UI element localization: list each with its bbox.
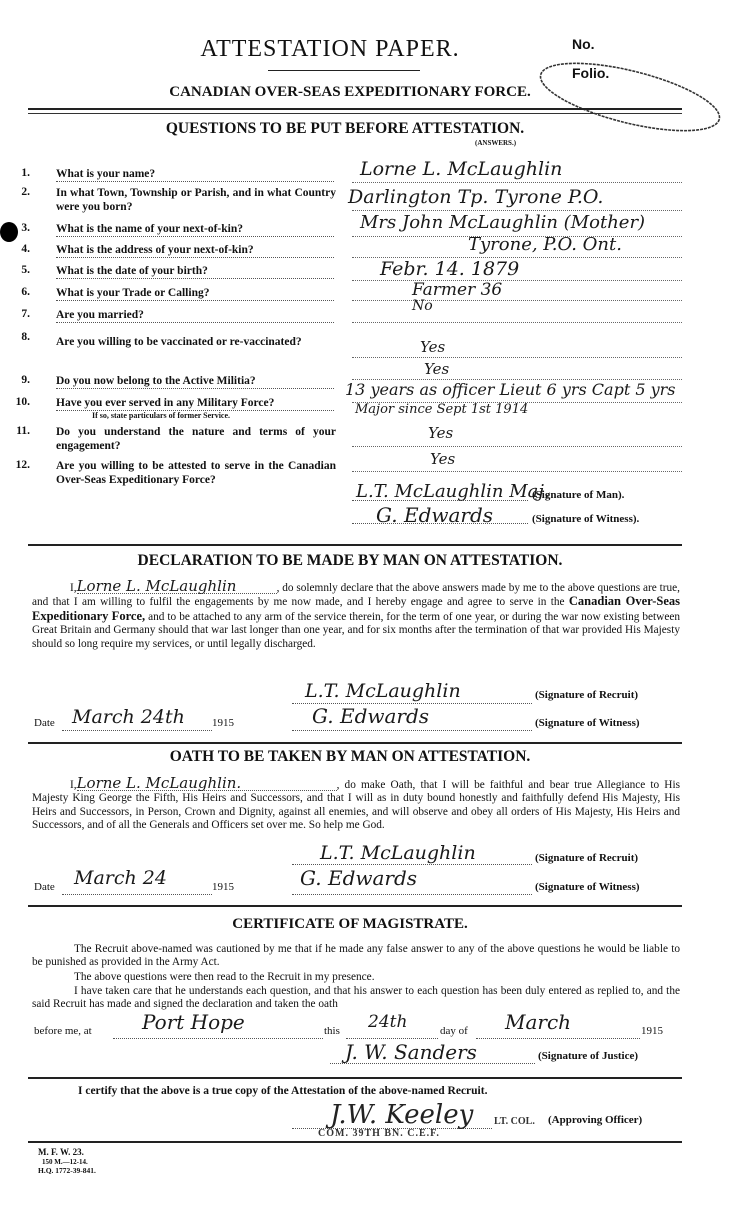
oath-signature-recruit: L.T. McLaughlin [320, 842, 476, 864]
question-9-number: 9. [6, 374, 30, 386]
signature-of-justice: J. W. Sanders [345, 1040, 477, 1064]
oath-signature-witness-label: (Signature of Witness) [535, 881, 640, 893]
magistrate-before-label: before me, at [34, 1025, 92, 1037]
answer-line-12 [352, 471, 682, 472]
print-run: 150 M.—12-14. [42, 1158, 88, 1166]
question-4-number: 4. [6, 243, 30, 255]
header-divider-2 [28, 113, 682, 114]
oath-title: OATH TO BE TAKEN BY MAN ON ATTESTATION. [100, 748, 600, 766]
magistrate-para-1: The Recruit above-named was cautioned by… [32, 943, 680, 970]
declaration-prefix: I, [70, 582, 77, 594]
question-5-text: What is the date of your birth? [56, 264, 334, 279]
question-8-number: 8. [6, 331, 30, 343]
magistrate-place: Port Hope [142, 1010, 245, 1034]
answer-line-2 [352, 210, 682, 211]
answer-9-militia: Yes [424, 360, 449, 378]
magistrate-place-line [113, 1038, 323, 1039]
question-2-number: 2. [6, 186, 30, 198]
question-10-note: If so, state particulars of former Servi… [92, 411, 230, 420]
oath-name: Lorne L. McLaughlin. [77, 777, 337, 791]
officer-rank: LT. COL. [494, 1116, 535, 1127]
no-label: No. [572, 36, 595, 52]
declaration-signature-witness: G. Edwards [312, 704, 429, 728]
approving-officer-label: (Approving Officer) [548, 1114, 642, 1126]
declaration-text: I,Lorne L. McLaughlin, do solemnly decla… [32, 580, 680, 651]
question-1-number: 1. [6, 167, 30, 179]
question-4-text: What is the address of your next-of-kin? [56, 243, 334, 258]
oath-prefix: I, [70, 779, 77, 791]
signature-of-man-label: (Signature of Man). [532, 489, 624, 501]
answer-11-understand: Yes [428, 424, 453, 442]
question-11-number: 11. [6, 425, 30, 437]
question-11-text: Do you understand the nature and terms o… [56, 425, 336, 453]
answer-line-1 [352, 182, 682, 183]
approving-officer-signature: J.W. Keeley [330, 1100, 473, 1130]
question-3-text: What is the name of your next-of-kin? [56, 222, 334, 237]
answer-3-next-of-kin: Mrs John McLaughlin (Mother) [360, 212, 645, 233]
magistrate-para-3: I have taken care that he understands ea… [32, 985, 680, 1012]
question-9-text: Do you now belong to the Active Militia? [56, 374, 334, 389]
answer-1-name: Lorne L. McLaughlin [360, 158, 562, 180]
magistrate-divider [28, 1077, 682, 1079]
signature-of-witness: G. Edwards [376, 503, 493, 527]
answer-line-6 [352, 300, 682, 301]
question-5-number: 5. [6, 264, 30, 276]
oath-signature-witness: G. Edwards [300, 866, 417, 890]
declaration-divider [28, 742, 682, 744]
question-7-number: 7. [6, 308, 30, 320]
signature-of-witness-label: (Signature of Witness). [532, 513, 639, 525]
question-12-text: Are you willing to be attested to serve … [56, 459, 336, 487]
declaration-signature-witness-label: (Signature of Witness) [535, 717, 640, 729]
answer-10-service-cont: Major since Sept 1st 1914 [355, 402, 528, 417]
declaration-title: DECLARATION TO BE MADE BY MAN ON ATTESTA… [80, 552, 620, 570]
answer-12-attested: Yes [430, 450, 455, 468]
signature-of-justice-label: (Signature of Justice) [538, 1050, 638, 1062]
magistrate-month-line [476, 1038, 640, 1039]
form-code: M. F. W. 23. [38, 1147, 84, 1157]
oath-date-label: Date [34, 881, 55, 893]
questions-section-title: QUESTIONS TO BE PUT BEFORE ATTESTATION. [120, 120, 570, 138]
officer-stamp: COM. 39TH BN. C.E.F. [318, 1128, 440, 1139]
answer-6-trade: Farmer 36 [412, 280, 502, 300]
oath-recruit-sig-line [292, 864, 532, 865]
magistrate-title: CERTIFICATE OF MAGISTRATE. [150, 916, 550, 933]
magistrate-year: 1915 [641, 1025, 663, 1037]
certify-divider [28, 1141, 682, 1143]
oath-date: March 24 [74, 867, 167, 889]
answers-label: (ANSWERS.) [475, 139, 516, 147]
document-title: ATTESTATION PAPER. [150, 36, 510, 63]
header-divider [28, 108, 682, 110]
hq-reference: H.Q. 1772-39-841. [38, 1166, 96, 1175]
question-6-text: What is your Trade or Calling? [56, 286, 334, 301]
answer-2-birthplace: Darlington Tp. Tyrone P.O. [348, 186, 603, 208]
question-10-number: 10. [6, 396, 30, 408]
declaration-witness-sig-line [292, 730, 532, 731]
declaration-date-label: Date [34, 717, 55, 729]
answer-10-service: 13 years as officer Lieut 6 yrs Capt 5 y… [345, 380, 676, 399]
question-1-text: What is your name? [56, 167, 334, 182]
certify-text: I certify that the above is a true copy … [78, 1085, 487, 1097]
question-3-number: 3. [6, 222, 30, 234]
oath-divider [28, 905, 682, 907]
question-8-text: Are you willing to be vaccinated or re-v… [56, 331, 336, 353]
question-10-text: Have you ever served in any Military For… [56, 396, 334, 411]
magistrate-this-label: this [324, 1025, 340, 1037]
question-6-number: 6. [6, 286, 30, 298]
oath-signature-recruit-label: (Signature of Recruit) [535, 852, 638, 864]
question-2-text: In what Town, Township or Parish, and in… [56, 186, 336, 214]
answer-line-11 [352, 446, 682, 447]
questions-divider [28, 544, 682, 546]
question-12-number: 12. [6, 459, 30, 471]
magistrate-day: 24th [368, 1012, 407, 1032]
declaration-signature-recruit: L.T. McLaughlin [305, 680, 461, 702]
declaration-signature-recruit-label: (Signature of Recruit) [535, 689, 638, 701]
answer-4-next-of-kin-address: Tyrone, P.O. Ont. [468, 234, 622, 255]
oath-witness-sig-line [292, 894, 532, 895]
declaration-name: Lorne L. McLaughlin [77, 580, 277, 594]
answer-8-vaccinated: Yes [420, 338, 445, 356]
oath-year: 1915 [212, 881, 234, 893]
magistrate-month: March [505, 1010, 571, 1034]
answer-line-5 [352, 280, 682, 281]
document-subtitle: CANADIAN OVER-SEAS EXPEDITIONARY FORCE. [120, 84, 580, 101]
answer-line-8 [352, 357, 682, 358]
answer-line-7 [352, 322, 682, 323]
signature-of-man: L.T. McLaughlin Maj. [356, 481, 550, 502]
magistrate-para-2: The above questions were then read to th… [32, 971, 680, 984]
magistrate-day-of-label: day of [440, 1025, 468, 1037]
declaration-year: 1915 [212, 717, 234, 729]
declaration-date: March 24th [72, 706, 185, 728]
oath-date-line [62, 894, 212, 895]
magistrate-day-line [346, 1038, 438, 1039]
answer-7-married: No [412, 298, 433, 314]
answer-5-birth-date: Febr. 14. 1879 [380, 258, 519, 280]
title-underline [268, 70, 420, 71]
declaration-date-line [62, 730, 212, 731]
question-7-text: Are you married? [56, 308, 334, 323]
oath-text: I,Lorne L. McLaughlin., do make Oath, th… [32, 777, 680, 833]
